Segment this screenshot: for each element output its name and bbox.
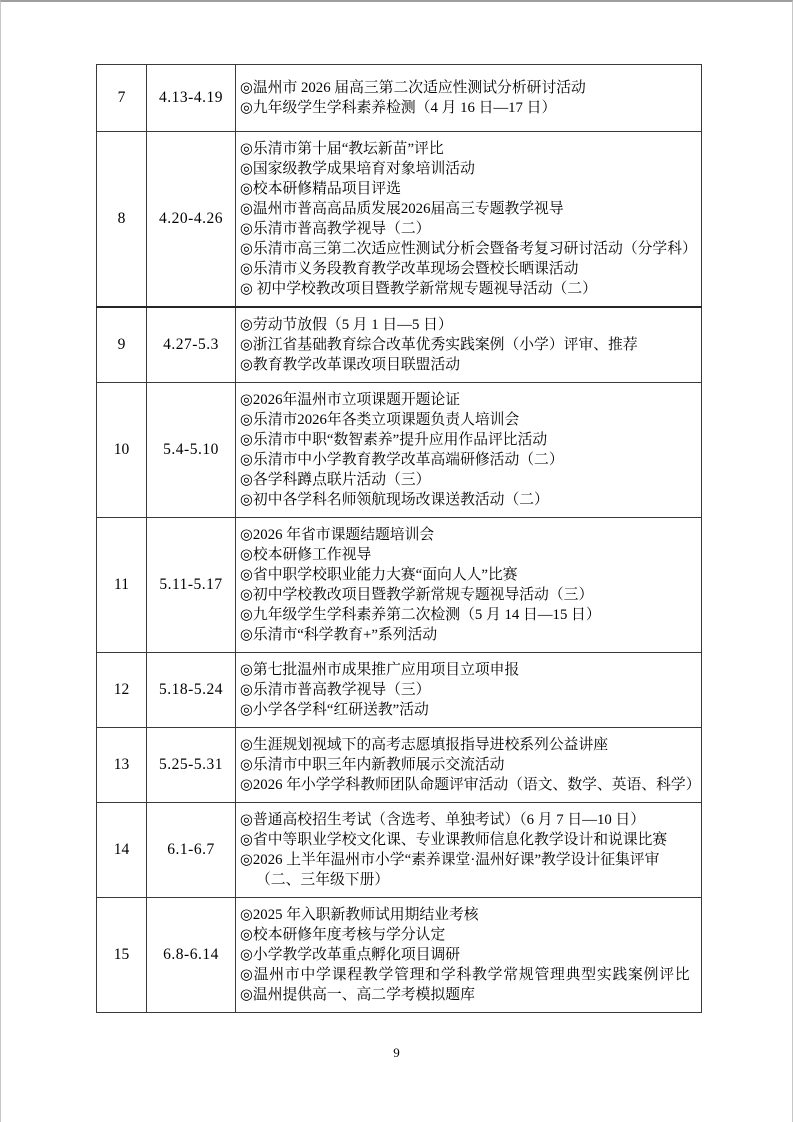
activity-item: ◎温州市普高高品质发展2026届高三专题教学视导 [240,199,699,219]
table-row: 146.1-6.7◎普通高校招生考试（含选考、单独考试）（6 月 7 日—10 … [97,803,702,898]
activities-cell: ◎2026 年省市课题结题培训会◎校本研修工作视导◎省中职学校职业能力大赛“面向… [236,518,702,653]
activities-cell: ◎劳动节放假（5 月 1 日—5 日）◎浙江省基础教育综合改革优秀实践案例（小学… [236,307,702,383]
page-number: 9 [1,1045,792,1061]
activity-item: ◎浙江省基础教育综合改革优秀实践案例（小学）评审、推荐 [240,335,699,355]
table-row: 156.8-6.14◎2025 年入职新教师试用期结业考核◎校本研修年度考核与学… [97,898,702,1013]
activities-cell: ◎第七批温州市成果推广应用项目立项申报◎乐清市普高教学视导（三）◎小学各学科“红… [236,653,702,728]
activity-item: ◎2026 上半年温州市小学“素养课堂·温州好课”教学设计征集评审（二、三年级下… [240,850,699,890]
activity-item: ◎乐清市义务段教育教学改革现场会暨校长晒课活动 [240,259,699,279]
activity-item: ◎乐清市中职三年内新教师展示交流活动 [240,755,699,775]
activity-item: ◎九年级学生学科素养检测（4 月 16 日—17 日） [240,98,699,118]
activity-item: ◎2026 年小学学科教师团队命题评审活动（语文、数学、英语、科学） [240,775,699,795]
activity-item: ◎教育教学改革课改项目联盟活动 [240,355,699,375]
activity-item: ◎初中学校教改项目暨教学新常规专题视导活动（三） [240,585,699,605]
activity-item: ◎国家级教学成果培育对象培训活动 [240,159,699,179]
activity-item: ◎初中各学科名师领航现场改课送教活动（二） [240,490,699,510]
activity-item: ◎乐清市中职“数智素养”提升应用作品评比活动 [240,430,699,450]
activity-item: ◎乐清市“科学教育+”系列活动 [240,625,699,645]
activity-item: ◎乐清市第十届“教坛新苗”评比 [240,139,699,159]
activity-item: ◎省中职学校职业能力大赛“面向人人”比赛 [240,565,699,585]
table-row: 115.11-5.17◎2026 年省市课题结题培训会◎校本研修工作视导◎省中职… [97,518,702,653]
activity-item: ◎2026年温州市立项课题开题论证 [240,390,699,410]
activities-cell: ◎普通高校招生考试（含选考、单独考试）（6 月 7 日—10 日）◎省中等职业学… [236,803,702,898]
activity-item: ◎小学各学科“红研送教”活动 [240,700,699,720]
date-range-cell: 5.25-5.31 [147,728,236,803]
week-number-cell: 13 [97,728,147,803]
table-row: 135.25-5.31◎生涯规划视域下的高考志愿填报指导进校系列公益讲座◎乐清市… [97,728,702,803]
table-row: 74.13-4.19◎温州市 2026 届高三第二次适应性测试分析研讨活动◎九年… [97,65,702,132]
date-range-cell: 4.13-4.19 [147,65,236,132]
table-row: 94.27-5.3◎劳动节放假（5 月 1 日—5 日）◎浙江省基础教育综合改革… [97,307,702,383]
activities-cell: ◎乐清市第十届“教坛新苗”评比◎国家级教学成果培育对象培训活动◎校本研修精品项目… [236,132,702,308]
activity-item: ◎小学教学改革重点孵化项目调研 [240,945,699,965]
table-row: 125.18-5.24◎第七批温州市成果推广应用项目立项申报◎乐清市普高教学视导… [97,653,702,728]
activity-item: ◎温州提供高一、高二学考模拟题库 [240,985,699,1005]
document-page: 74.13-4.19◎温州市 2026 届高三第二次适应性测试分析研讨活动◎九年… [0,0,793,1122]
date-range-cell: 6.1-6.7 [147,803,236,898]
schedule-table: 74.13-4.19◎温州市 2026 届高三第二次适应性测试分析研讨活动◎九年… [96,64,702,1013]
activity-item: ◎乐清市中小学教育教学改革高端研修活动（二） [240,450,699,470]
activity-item: ◎乐清市高三第二次适应性测试分析会暨备考复习研讨活动（分学科） [240,239,699,259]
activity-item: ◎乐清市普高教学视导（三） [240,680,699,700]
date-range-cell: 5.18-5.24 [147,653,236,728]
activity-item: ◎温州市 2026 届高三第二次适应性测试分析研讨活动 [240,78,699,98]
date-range-cell: 5.11-5.17 [147,518,236,653]
activity-item: ◎校本研修精品项目评选 [240,179,699,199]
activity-item: ◎温州市中学课程教学管理和学科教学常规管理典型实践案例评比 [240,965,699,985]
date-range-cell: 6.8-6.14 [147,898,236,1013]
week-number-cell: 15 [97,898,147,1013]
activity-item: ◎乐清市普高教学视导（二） [240,219,699,239]
activities-cell: ◎温州市 2026 届高三第二次适应性测试分析研讨活动◎九年级学生学科素养检测（… [236,65,702,132]
activity-item: ◎第七批温州市成果推广应用项目立项申报 [240,660,699,680]
date-range-cell: 5.4-5.10 [147,383,236,518]
schedule-table-body: 74.13-4.19◎温州市 2026 届高三第二次适应性测试分析研讨活动◎九年… [97,65,702,1013]
week-number-cell: 9 [97,307,147,383]
activity-item: ◎生涯规划视域下的高考志愿填报指导进校系列公益讲座 [240,735,699,755]
activity-item: ◎省中等职业学校文化课、专业课教师信息化教学设计和说课比赛 [240,830,699,850]
week-number-cell: 11 [97,518,147,653]
activity-item: ◎各学科蹲点联片活动（三） [240,470,699,490]
activity-item: ◎劳动节放假（5 月 1 日—5 日） [240,315,699,335]
activity-item: ◎普通高校招生考试（含选考、单独考试）（6 月 7 日—10 日） [240,810,699,830]
week-number-cell: 14 [97,803,147,898]
activity-item: ◎校本研修年度考核与学分认定 [240,925,699,945]
date-range-cell: 4.27-5.3 [147,307,236,383]
activity-item: ◎ 初中学校教改项目暨教学新常规专题视导活动（二） [240,279,699,299]
date-range-cell: 4.20-4.26 [147,132,236,308]
week-number-cell: 8 [97,132,147,308]
week-number-cell: 12 [97,653,147,728]
table-row: 84.20-4.26◎乐清市第十届“教坛新苗”评比◎国家级教学成果培育对象培训活… [97,132,702,308]
activity-item: ◎2025 年入职新教师试用期结业考核 [240,905,699,925]
week-number-cell: 10 [97,383,147,518]
week-number-cell: 7 [97,65,147,132]
table-row: 105.4-5.10◎2026年温州市立项课题开题论证◎乐清市2026年各类立项… [97,383,702,518]
activity-item: ◎校本研修工作视导 [240,545,699,565]
activities-cell: ◎2026年温州市立项课题开题论证◎乐清市2026年各类立项课题负责人培训会◎乐… [236,383,702,518]
activity-item: ◎乐清市2026年各类立项课题负责人培训会 [240,410,699,430]
activity-item: ◎九年级学生学科素养第二次检测（5 月 14 日—15 日） [240,605,699,625]
activities-cell: ◎2025 年入职新教师试用期结业考核◎校本研修年度考核与学分认定◎小学教学改革… [236,898,702,1013]
activity-item: ◎2026 年省市课题结题培训会 [240,525,699,545]
activities-cell: ◎生涯规划视域下的高考志愿填报指导进校系列公益讲座◎乐清市中职三年内新教师展示交… [236,728,702,803]
